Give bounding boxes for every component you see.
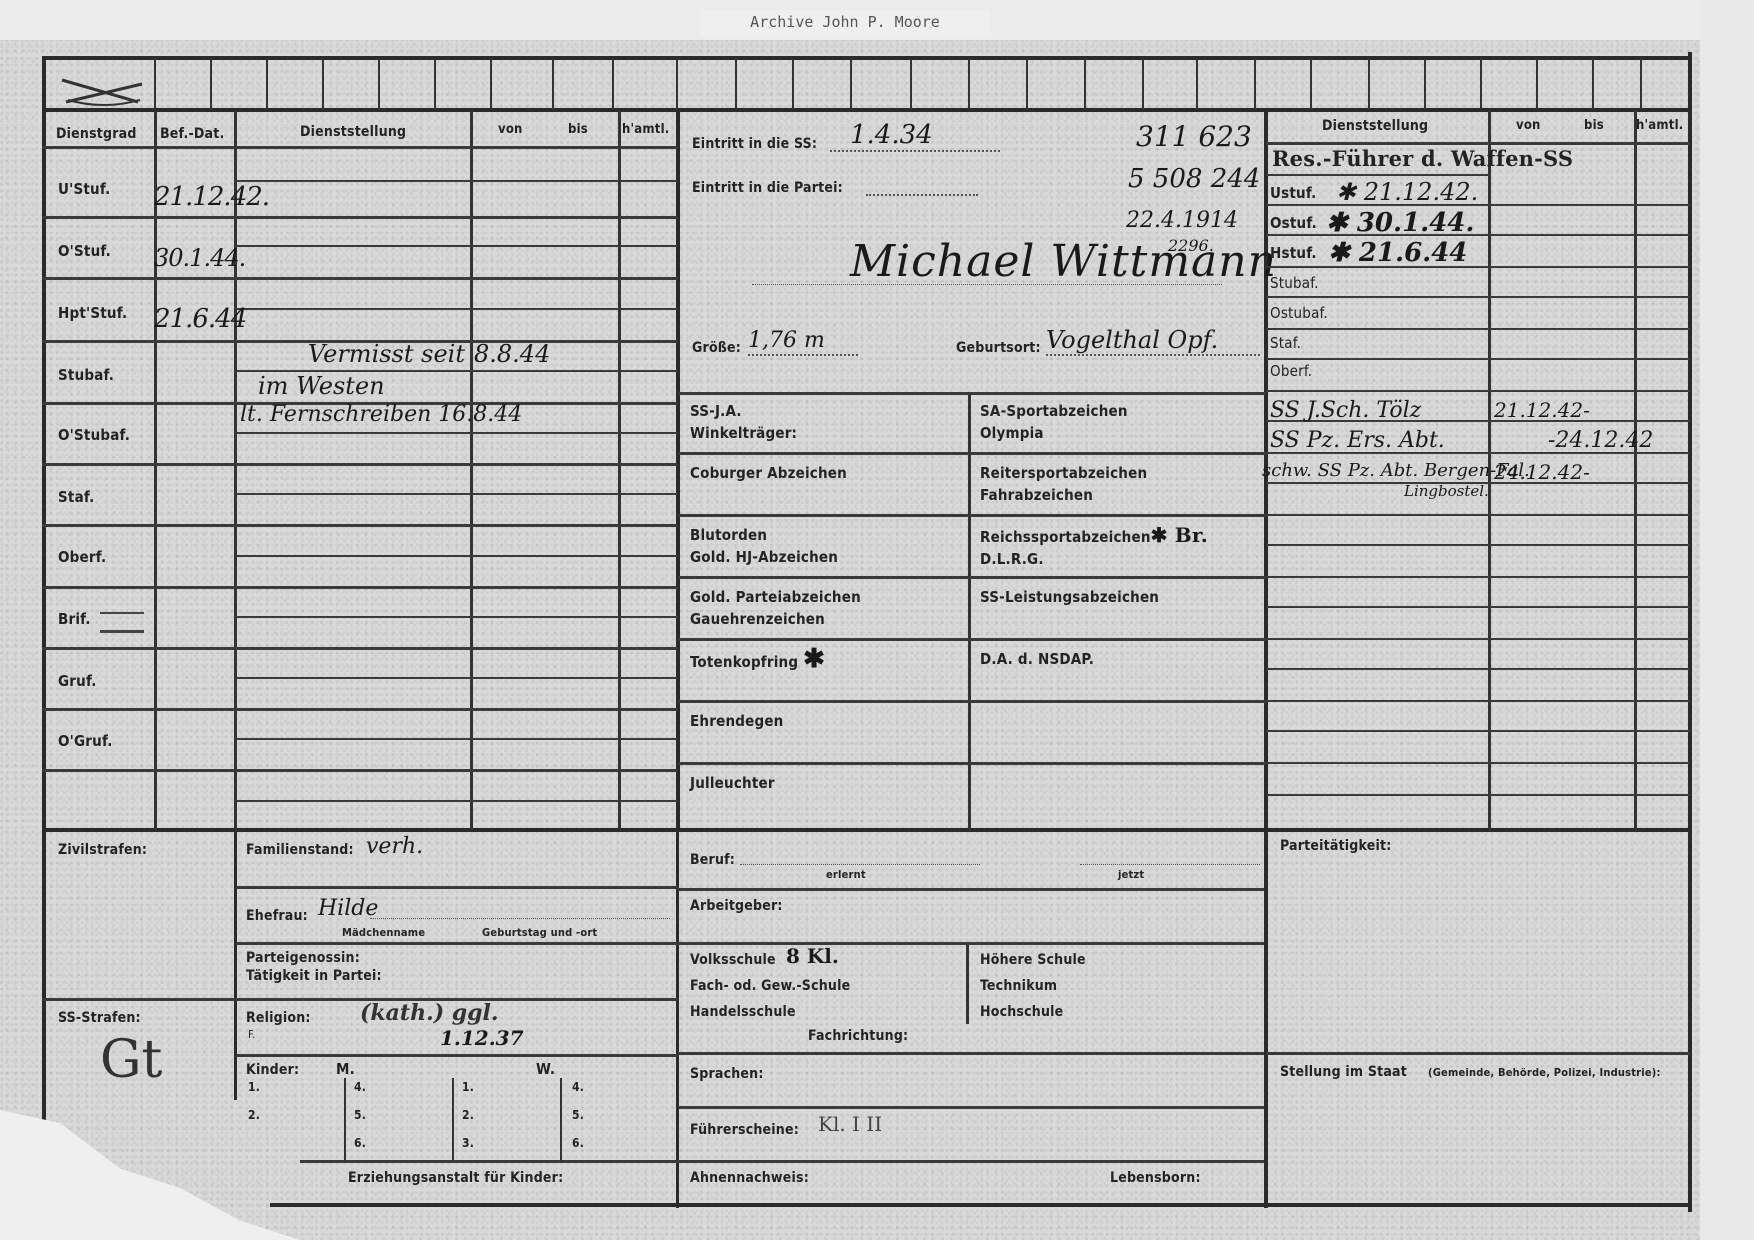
school-handels: Handelsschule: [690, 1004, 796, 1020]
award-sj-a: SS-J.A.Winkelträger:: [690, 400, 797, 444]
rank-ustuf: U'Stuf.: [58, 180, 110, 198]
birthplace-label: Geburtsort:: [956, 340, 1041, 356]
frame-bottom: [270, 1203, 1690, 1207]
rt-date-hstuf: ✱ 21.6.44: [1328, 238, 1467, 268]
ancestry-label: Ahnennachweis:: [690, 1170, 809, 1186]
header-to: bis: [568, 122, 588, 137]
rt-rank-ustuf: Ustuf.: [1270, 184, 1316, 202]
rt-header-official: h'amtl.: [1636, 118, 1683, 133]
maiden-name-caption: Mädchenname: [342, 926, 425, 939]
entry-telex: lt. Fernschreiben 16.8.44: [240, 402, 522, 427]
rt-date-ustuf: ✱ 21.12.42.: [1336, 178, 1478, 206]
party-activity-label: Parteitätigkeit:: [1280, 838, 1391, 854]
rt-rank-oberf: Oberf.: [1270, 362, 1312, 380]
employer-label: Arbeitgeber:: [690, 898, 783, 914]
ss-entry-label: Eintritt in die SS:: [692, 136, 817, 152]
height-label: Größe:: [692, 340, 741, 356]
ss-entry-date: 1.4.34: [850, 120, 933, 150]
ss-penalties-mark: Gt: [100, 1030, 162, 1090]
child-w-3: 3.: [462, 1136, 474, 1150]
date-hptstuf: 21.6.44: [154, 304, 246, 334]
child-m-6: 6.: [354, 1136, 366, 1150]
asterisk-mark-icon: ✱: [803, 644, 825, 674]
child-w-5: 5.: [572, 1108, 584, 1122]
award-reichssport: Reichssportabzeichen✱ Br.D.L.R.G.: [980, 524, 1208, 570]
profession-label: Beruf:: [690, 852, 735, 868]
award-sa-sport: SA-SportabzeichenOlympia: [980, 400, 1128, 444]
archive-label: Archive John P. Moore: [700, 10, 990, 36]
child-m-4: 4.: [354, 1080, 366, 1094]
civil-penalties-label: Zivilstrafen:: [58, 842, 147, 858]
date-ustuf: 21.12.42.: [154, 182, 269, 212]
award-reitersport: ReitersportabzeichenFahrabzeichen: [980, 462, 1147, 506]
learned-caption: erlernt: [826, 868, 866, 881]
rt-rank-ostuf: Ostuf.: [1270, 214, 1317, 232]
rank-brif: Brif.: [58, 610, 91, 628]
children-male-label: M.: [336, 1060, 355, 1078]
religion-value: (kath.) ggl.: [360, 1000, 499, 1026]
child-w-2: 2.: [462, 1108, 474, 1122]
child-w-6: 6.: [572, 1136, 584, 1150]
child-w-1: 1.: [462, 1080, 474, 1094]
award-gold-party: Gold. ParteiabzeichenGauehrenzeichen: [690, 586, 861, 630]
crossed-out-mark-icon: [58, 74, 148, 108]
school-fach: Fach- od. Gew.-Schule: [690, 978, 850, 994]
rt-header-from: von: [1516, 118, 1541, 133]
frame-left: [42, 58, 46, 1203]
rt-posting-1-dates: 21.12.42-: [1494, 398, 1590, 422]
ss-penalties-label: SS-Strafen:: [58, 1010, 141, 1026]
rank-hptstuf: Hpt'Stuf.: [58, 304, 127, 322]
field-label: Fachrichtung:: [808, 1028, 908, 1044]
children-female-label: W.: [536, 1060, 555, 1078]
rt-posting-3: schw. SS Pz. Abt. Bergen-Fal.: [1262, 460, 1530, 481]
rt-rank-stubaf: Stubaf.: [1270, 274, 1319, 292]
award-blutorden: BlutordenGold. HJ-Abzeichen: [690, 524, 838, 568]
header-date: Bef.-Dat.: [160, 126, 224, 142]
rt-rank-ostubaf: Ostubaf.: [1270, 304, 1328, 322]
section-divider: [42, 828, 1690, 832]
rt-posting-2: SS Pz. Ers. Abt.: [1270, 428, 1445, 453]
family-status-label: Familienstand:: [246, 842, 354, 858]
party-member-label: Parteigenossin:: [246, 950, 360, 966]
birth-date: 22.4.1914: [1126, 208, 1238, 233]
religion-date: 1.12.37: [440, 1026, 524, 1050]
education-institute-label: Erziehungsanstalt für Kinder:: [348, 1170, 563, 1186]
rank-gruf: Gruf.: [58, 672, 97, 690]
school-volksschule: Volksschule: [690, 952, 776, 968]
header-position: Dienststellung: [300, 124, 406, 140]
child-m-2: 2.: [248, 1108, 260, 1122]
child-m-5: 5.: [354, 1108, 366, 1122]
child-m-1: 1.: [248, 1080, 260, 1094]
lebensborn-label: Lebensborn:: [1110, 1170, 1201, 1186]
child-w-4: 4.: [572, 1080, 584, 1094]
award-ehrendegen: Ehrendegen: [690, 710, 784, 732]
award-totenkopfring: Totenkopfring ✱: [690, 648, 825, 673]
frame-top: [42, 56, 1690, 60]
rt-posting-3-dates: 24.12.42-: [1494, 460, 1590, 484]
header-from: von: [498, 122, 523, 137]
birth-caption: Geburtstag und -ort: [482, 926, 597, 939]
children-label: Kinder:: [246, 1062, 299, 1078]
rt-posting-2-dates: -24.12.42: [1548, 428, 1653, 453]
volksschule-value: 8 Kl.: [786, 944, 839, 968]
header-strip-bottom: [42, 108, 1690, 112]
date-ostuf: 30.1.44.: [154, 244, 245, 272]
religion-label: Religion:: [246, 1010, 311, 1026]
rank-ogruf: O'Gruf.: [58, 732, 113, 750]
rank-oberf: Oberf.: [58, 548, 106, 566]
award-julleuchter: Julleuchter: [690, 772, 775, 794]
party-activity-wife-label: Tätigkeit in Partei:: [246, 968, 382, 984]
rt-title: Res.-Führer d. Waffen-SS: [1272, 146, 1573, 171]
licenses-value: Kl. I II: [818, 1112, 882, 1136]
rank-stubaf: Stubaf.: [58, 366, 114, 384]
header-official: h'amtl.: [622, 122, 669, 137]
wife-label: Ehefrau:: [246, 908, 308, 924]
frame-right: [1688, 52, 1692, 1212]
rt-rank-staf: Staf.: [1270, 334, 1301, 352]
rank-ostuf: O'Stuf.: [58, 242, 111, 260]
strike-mark-icon: [100, 612, 144, 633]
rt-posting-1: SS J.Sch. Tölz: [1270, 398, 1421, 423]
school-technikum: Technikum: [980, 978, 1057, 994]
rt-header-position: Dienststellung: [1322, 118, 1428, 134]
school-hoehere: Höhere Schule: [980, 952, 1086, 968]
party-entry-label: Eintritt in die Partei:: [692, 180, 843, 196]
header-rank: Dienstgrad: [56, 126, 137, 142]
rt-header-to: bis: [1584, 118, 1604, 133]
state-position-label: Stellung im Staat: [1280, 1064, 1407, 1080]
person-name: Michael Wittmann: [850, 236, 1277, 287]
religion-sub: F.: [248, 1028, 255, 1041]
rt-rank-hstuf: Hstuf.: [1270, 244, 1317, 262]
languages-label: Sprachen:: [690, 1066, 764, 1082]
entry-missing: Vermisst seit: [308, 340, 465, 368]
right-margin: [1700, 0, 1754, 1240]
rank-staf: Staf.: [58, 488, 94, 506]
current-caption: jetzt: [1118, 868, 1144, 881]
school-hochschule: Hochschule: [980, 1004, 1063, 1020]
height-value: 1,76 m: [748, 328, 825, 353]
rank-ostubaf: O'Stubaf.: [58, 426, 130, 444]
state-position-sub: (Gemeinde, Behörde, Polizei, Industrie):: [1428, 1066, 1661, 1079]
birthplace-value: Vogelthal Opf.: [1046, 326, 1218, 354]
family-status-value: verh.: [366, 834, 423, 859]
ss-number: 311 623: [1136, 120, 1252, 153]
licenses-label: Führerscheine:: [690, 1122, 799, 1138]
award-ss-leistung: SS-Leistungsabzeichen: [980, 586, 1159, 608]
award-coburger: Coburger Abzeichen: [690, 462, 847, 484]
rt-date-ostuf: ✱ 30.1.44.: [1326, 208, 1474, 238]
entry-west: im Westen: [258, 372, 385, 400]
entry-missing-date: 8.8.44: [474, 340, 550, 368]
award-da-nsdap: D.A. d. NSDAP.: [980, 648, 1094, 670]
rt-posting-3-location: Lingbostel.: [1404, 482, 1489, 500]
party-number: 5 508 244: [1128, 164, 1260, 194]
